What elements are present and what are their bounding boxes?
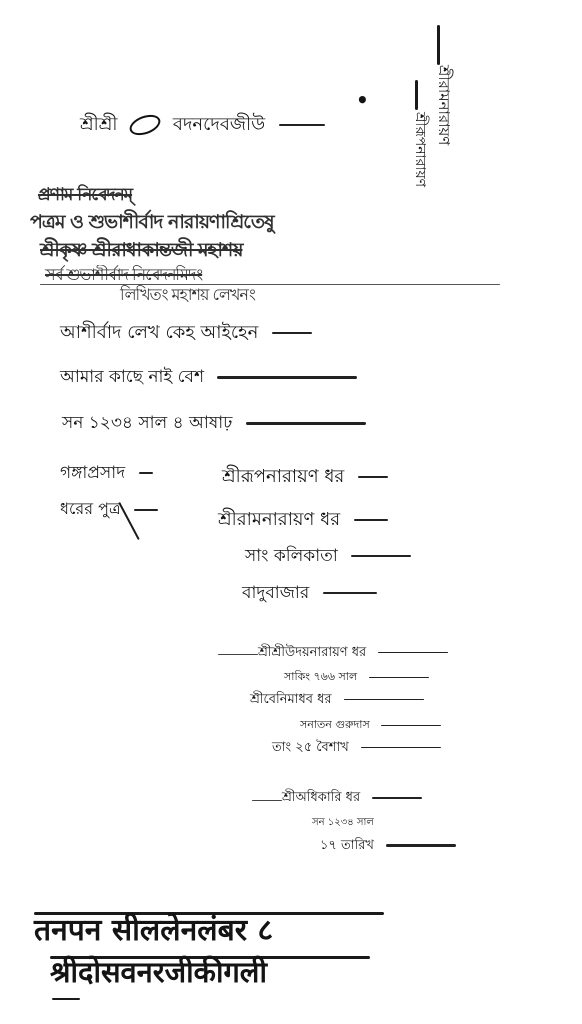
line-dash [139,472,153,474]
line-dash [378,652,448,653]
account-1-name: শ্রীশ্রীউদয়নারায়ণ ধর [258,643,448,664]
sender-relation: ধরের পুত্র [60,496,158,523]
body-line-1: আশীর্বাদ লেখ কেহ আইহেন [60,318,312,349]
account-name: শ্রীবেনিমাধব ধর [250,692,332,707]
place-text: সাং কলিকাতা [245,546,338,566]
margin-stroke-1 [437,25,440,65]
account-name: শ্রীশ্রীউদয়নারায়ণ ধর [258,645,366,660]
overwrite-line-5: লিখিতং মহাশয় লেখনং [120,282,255,309]
recipient-1: শ্রীরূপনারায়ণ ধর [222,462,388,493]
locality-text: বাদুবাজার [242,583,309,603]
footer-line-1: तनपन सीललेनलंबर ८ [34,908,273,949]
sender-name: গঙ্গাপ্রসাদ [60,460,153,488]
header-line: শ্রীশ্রী বদনদেবজীউ [80,110,325,141]
account-2-note: সনাতন গুরুদাস [300,716,441,735]
recipient-text-2: শ্রীরামনারায়ণ ধর [218,509,340,530]
line-dash [351,555,411,557]
body-line-3: সন ১২৩৪ সাল ৪ আষাঢ় [62,410,366,438]
ink-dot: • [356,88,369,112]
footer-line-2: श्रीदोसवनरजीकीगली [50,952,267,991]
rule [218,654,258,655]
line-dash [217,376,357,379]
account-note: সাকিং ৭৬৬ সাল [284,670,357,683]
address-locality: বাদুবাজার [242,580,377,608]
account-note: সন ১২৩৪ সাল [312,817,374,828]
line-dash [386,844,456,847]
body-text-1: আশীর্বাদ লেখ কেহ আইহেন [60,322,258,343]
recipient-2: শ্রীরামনারায়ণ ধর [218,505,388,536]
invocation: শ্রীশ্রী [80,114,117,135]
body-text-3: সন ১২৩৪ সাল ৪ আষাঢ় [62,413,232,433]
address-place: সাং কলিকাতা [245,543,411,571]
relation-text: ধরের পুত্র [60,499,121,518]
line-dash [369,677,429,678]
line-dash [246,422,366,425]
margin-text-2: শ্রীরূপনারায়ণ [408,112,432,187]
account-3-note: তাং ২৫ বৈশাখ [272,738,441,759]
line-dash [358,476,388,478]
line-dash [323,592,377,594]
underline-mark [52,998,80,1000]
account-4-note: সন ১২৩৪ সাল [312,815,374,832]
line-dash [372,797,422,799]
account-name: শ্রীঅধিকারি ধর [282,790,360,805]
account-note: ১৭ তারিখ [320,838,374,853]
body-text-2: আমার কাছে নাই বেশ [60,367,204,387]
account-note: তাং ২৫ বৈশাখ [272,740,349,755]
recipient-text-1: শ্রীরূপনারায়ণ ধর [222,466,344,487]
account-5-note: ১৭ তারিখ [320,836,456,857]
account-4-name: শ্রীঅধিকারি ধর [282,788,422,809]
header-dash [279,124,325,126]
overwrite-line-1: প্রণাম নিবেদনম্ [38,182,132,210]
line-dash [381,725,441,726]
sender-text: গঙ্গাপ্রসাদ [60,463,125,483]
account-note: সনাতন গুরুদাস [300,718,370,731]
line-dash [134,509,158,511]
margin-stroke-2 [415,80,418,110]
curl-mark [127,111,163,139]
rule [252,800,282,801]
line-dash [272,332,312,334]
account-1-note: সাকিং ৭৬৬ সাল [284,668,429,687]
line-dash [344,699,424,700]
overwrite-rule [40,284,500,285]
account-2-name: শ্রীবেনিমাধব ধর [250,690,424,711]
margin-text-1: শ্রীরামনারায়ণ [432,65,457,145]
body-line-2: আমার কাছে নাই বেশ [60,364,357,392]
line-dash [361,747,441,748]
header-title: বদনদেবজীউ [173,114,265,135]
line-dash [354,519,388,521]
